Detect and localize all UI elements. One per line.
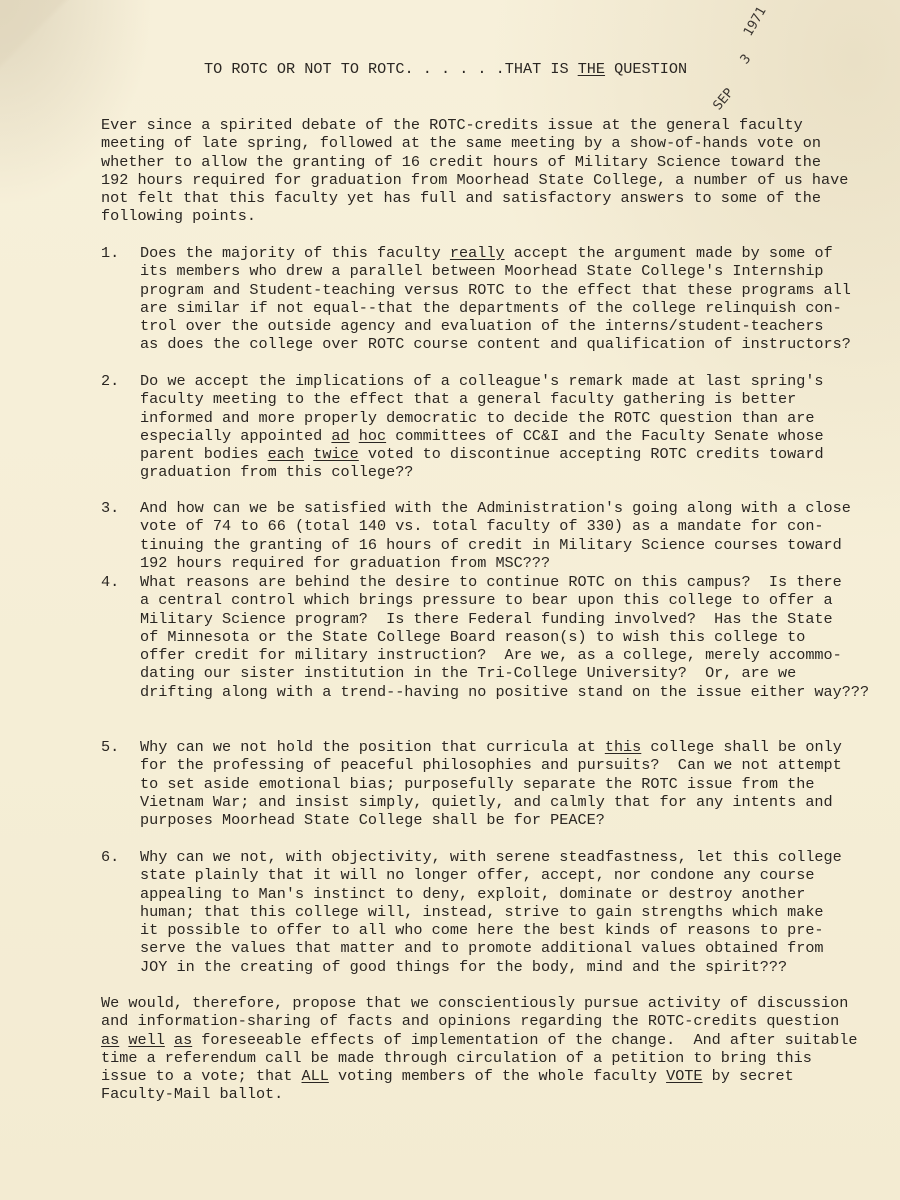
underlined-emphasis: VOTE (666, 1067, 702, 1085)
text-run: Do we accept the implications of a colle… (140, 372, 824, 390)
conclusion-line: We would, therefore, propose that we con… (101, 994, 858, 1012)
text-run (350, 427, 359, 445)
point-line: its members who drew a parallel between … (140, 262, 851, 280)
text-run: Why can we not hold the position that cu… (140, 738, 605, 756)
point-line: Why can we not hold the position that cu… (140, 738, 842, 756)
text-run: Why can we not, with objectivity, with s… (140, 848, 842, 866)
underlined-emphasis: really (450, 244, 505, 262)
point-line: especially appointed ad hoc committees o… (140, 427, 824, 445)
text-run: Faculty-Mail ballot. (101, 1085, 283, 1103)
point-line: purposes Moorhead State College shall be… (140, 811, 842, 829)
title-text: TO ROTC OR NOT TO ROTC. . . . . .THAT IS (204, 60, 578, 78)
intro-line: not felt that this faculty yet has full … (101, 189, 848, 207)
text-run: its members who drew a parallel between … (140, 262, 824, 280)
point-line: parent bodies each twice voted to discon… (140, 445, 824, 463)
point-line: Do we accept the implications of a colle… (140, 372, 824, 390)
point-line: And how can we be satisfied with the Adm… (140, 499, 851, 517)
point-line: offer credit for military instruction? A… (140, 646, 869, 664)
point-text: What reasons are behind the desire to co… (140, 573, 869, 701)
point-line: drifting along with a trend--having no p… (140, 683, 869, 701)
point-line: faculty meeting to the effect that a gen… (140, 390, 824, 408)
point-number: 6. (101, 848, 119, 866)
paper-corner-crease (0, 0, 70, 70)
text-run: JOY in the creating of good things for t… (140, 958, 787, 976)
text-run: to set aside emotional bias; purposefull… (140, 775, 814, 793)
text-run: especially appointed (140, 427, 331, 445)
text-run: it possible to offer to all who come her… (140, 921, 824, 939)
text-run: voted to discontinue accepting ROTC cred… (359, 445, 824, 463)
text-run: And how can we be satisfied with the Adm… (140, 499, 851, 517)
text-run: 192 hours required for graduation from M… (140, 554, 550, 572)
document-title: TO ROTC OR NOT TO ROTC. . . . . .THAT IS… (204, 60, 687, 78)
point-number: 3. (101, 499, 119, 517)
text-run: tinuing the granting of 16 hours of cred… (140, 536, 842, 554)
text-run: Vietnam War; and insist simply, quietly,… (140, 793, 833, 811)
text-run: are similar if not equal--that the depar… (140, 299, 842, 317)
underlined-emphasis: this (605, 738, 641, 756)
text-run: vote of 74 to 66 (total 140 vs. total fa… (140, 517, 824, 535)
text-run (119, 1031, 128, 1049)
text-run: by secret (703, 1067, 794, 1085)
text-run: What reasons are behind the desire to co… (140, 573, 842, 591)
underlined-emphasis: hoc (359, 427, 386, 445)
text-run: voting members of the whole faculty (329, 1067, 666, 1085)
point-line: informed and more properly democratic to… (140, 409, 824, 427)
text-run: offer credit for military instruction? A… (140, 646, 842, 664)
intro-line: whether to allow the granting of 16 cred… (101, 153, 848, 171)
text-run (165, 1031, 174, 1049)
text-run: serve the values that matter and to prom… (140, 939, 824, 957)
text-run: as does the college over ROTC course con… (140, 335, 851, 353)
point-number: 4. (101, 573, 119, 591)
underlined-emphasis: each (268, 445, 304, 463)
point-line: JOY in the creating of good things for t… (140, 958, 842, 976)
point-line: program and Student-teaching versus ROTC… (140, 281, 851, 299)
point-text: Why can we not, with objectivity, with s… (140, 848, 842, 976)
point-text: Does the majority of this faculty really… (140, 244, 851, 354)
text-run: committees of CC&I and the Faculty Senat… (386, 427, 823, 445)
intro-line: Ever since a spirited debate of the ROTC… (101, 116, 848, 134)
text-run: appealing to Man's instinct to deny, exp… (140, 885, 805, 903)
text-run: 192 hours required for graduation from M… (101, 171, 848, 189)
point-line: graduation from this college?? (140, 463, 824, 481)
conclusion-line: time a referendum call be made through c… (101, 1049, 858, 1067)
point-line: What reasons are behind the desire to co… (140, 573, 869, 591)
text-run: graduation from this college?? (140, 463, 413, 481)
text-run: for the professing of peaceful philosoph… (140, 756, 842, 774)
point-line: as does the college over ROTC course con… (140, 335, 851, 353)
conclusion-line: as well as foreseeable effects of implem… (101, 1031, 858, 1049)
point-line: trol over the outside agency and evaluat… (140, 317, 851, 335)
point-text: And how can we be satisfied with the Adm… (140, 499, 851, 572)
text-run (304, 445, 313, 463)
text-run: meeting of late spring, followed at the … (101, 134, 821, 152)
text-run: parent bodies (140, 445, 268, 463)
underlined-emphasis: ad (331, 427, 349, 445)
underlined-emphasis: ALL (302, 1067, 329, 1085)
point-number: 5. (101, 738, 119, 756)
point-line: dating our sister institution in the Tri… (140, 664, 869, 682)
text-run: of Minnesota or the State College Board … (140, 628, 805, 646)
text-run: Ever since a spirited debate of the ROTC… (101, 116, 803, 134)
point-line: human; that this college will, instead, … (140, 903, 842, 921)
title-text: QUESTION (605, 60, 687, 78)
point-number: 2. (101, 372, 119, 390)
point-line: a central control which brings pressure … (140, 591, 869, 609)
text-run: Military Science program? Is there Feder… (140, 610, 833, 628)
underlined-emphasis: twice (313, 445, 359, 463)
point-line: are similar if not equal--that the depar… (140, 299, 851, 317)
text-run: not felt that this faculty yet has full … (101, 189, 821, 207)
point-line: Does the majority of this faculty really… (140, 244, 851, 262)
underlined-emphasis: THE (578, 60, 605, 78)
text-run: informed and more properly democratic to… (140, 409, 814, 427)
text-run: college shall be only (641, 738, 842, 756)
point-text: Why can we not hold the position that cu… (140, 738, 842, 829)
text-run: dating our sister institution in the Tri… (140, 664, 796, 682)
text-run: purposes Moorhead State College shall be… (140, 811, 605, 829)
point-line: Why can we not, with objectivity, with s… (140, 848, 842, 866)
text-run: foreseeable effects of implementation of… (192, 1031, 857, 1049)
conclusion-line: and information-sharing of facts and opi… (101, 1012, 858, 1030)
point-line: tinuing the granting of 16 hours of cred… (140, 536, 851, 554)
text-run: time a referendum call be made through c… (101, 1049, 812, 1067)
conclusion-paragraph: We would, therefore, propose that we con… (101, 994, 858, 1104)
text-run: issue to a vote; that (101, 1067, 302, 1085)
text-run: trol over the outside agency and evaluat… (140, 317, 824, 335)
point-line: to set aside emotional bias; purposefull… (140, 775, 842, 793)
point-line: Military Science program? Is there Feder… (140, 610, 869, 628)
text-run: a central control which brings pressure … (140, 591, 833, 609)
text-run: faculty meeting to the effect that a gen… (140, 390, 796, 408)
conclusion-line: issue to a vote; that ALL voting members… (101, 1067, 858, 1085)
conclusion-line: Faculty-Mail ballot. (101, 1085, 858, 1103)
text-run: and information-sharing of facts and opi… (101, 1012, 839, 1030)
text-run: accept the argument made by some of (505, 244, 833, 262)
intro-line: meeting of late spring, followed at the … (101, 134, 848, 152)
point-number: 1. (101, 244, 119, 262)
point-line: for the professing of peaceful philosoph… (140, 756, 842, 774)
text-run: following points. (101, 207, 256, 225)
text-run: drifting along with a trend--having no p… (140, 683, 869, 701)
text-run: state plainly that it will no longer off… (140, 866, 814, 884)
text-run: program and Student-teaching versus ROTC… (140, 281, 851, 299)
underlined-emphasis: as (174, 1031, 192, 1049)
point-line: vote of 74 to 66 (total 140 vs. total fa… (140, 517, 851, 535)
point-line: of Minnesota or the State College Board … (140, 628, 869, 646)
intro-paragraph: Ever since a spirited debate of the ROTC… (101, 116, 848, 226)
underlined-emphasis: well (128, 1031, 164, 1049)
intro-line: following points. (101, 207, 848, 225)
text-run: We would, therefore, propose that we con… (101, 994, 848, 1012)
point-line: serve the values that matter and to prom… (140, 939, 842, 957)
point-line: it possible to offer to all who come her… (140, 921, 842, 939)
point-line: 192 hours required for graduation from M… (140, 554, 851, 572)
point-text: Do we accept the implications of a colle… (140, 372, 824, 482)
underlined-emphasis: as (101, 1031, 119, 1049)
text-run: Does the majority of this faculty (140, 244, 450, 262)
intro-line: 192 hours required for graduation from M… (101, 171, 848, 189)
point-line: appealing to Man's instinct to deny, exp… (140, 885, 842, 903)
text-run: whether to allow the granting of 16 cred… (101, 153, 821, 171)
text-run: human; that this college will, instead, … (140, 903, 824, 921)
point-line: state plainly that it will no longer off… (140, 866, 842, 884)
point-line: Vietnam War; and insist simply, quietly,… (140, 793, 842, 811)
